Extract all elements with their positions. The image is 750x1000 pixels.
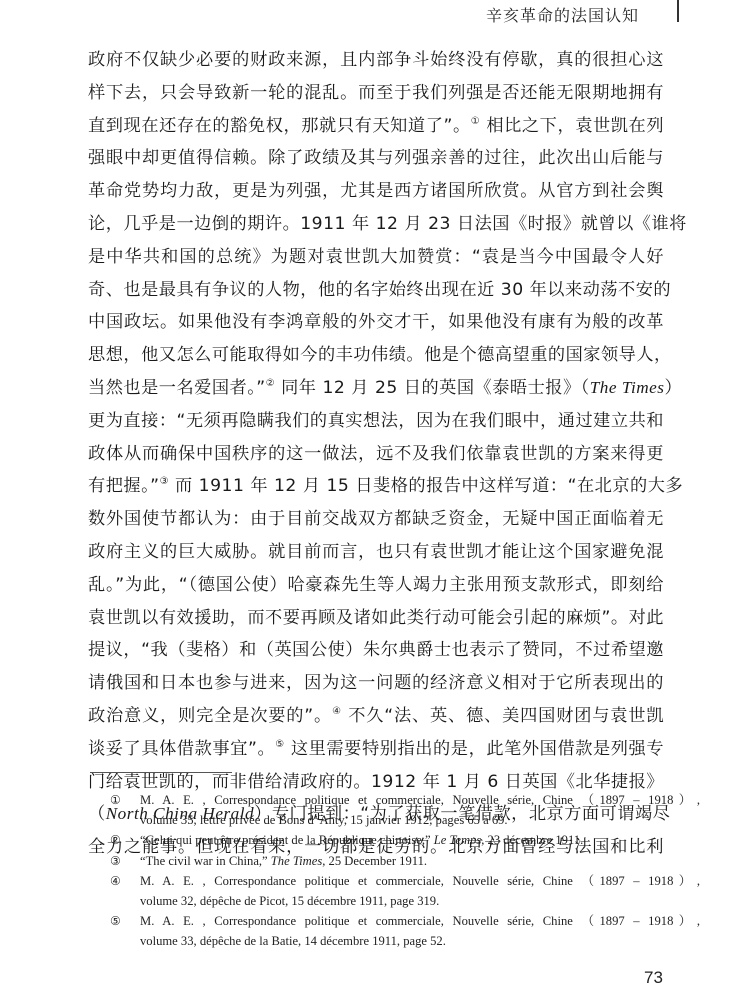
body-line: 是中华共和国的总统》为题对袁世凯大加赞赏：“袁是当今中国最令人好 <box>88 241 664 274</box>
footnote-3: ③ “The civil war in China,” The Times, 2… <box>110 851 700 871</box>
body-line: 奇、也是最具有争议的人物，他的名字始终出现在近 30 年以来动荡不安的 <box>88 274 664 307</box>
body-line: 革命党势均力敌，更是为列强，尤其是西方诸国所欣赏。从官方到社会舆 <box>88 175 664 208</box>
body-line: 袁世凯以有效援助，而不要再顾及诸如此类行动可能会引起的麻烦”。对此 <box>88 602 664 635</box>
footnote-2: ② “Celui qui peut être président de la R… <box>110 830 700 850</box>
footnote-ref-3[interactable]: ③ <box>160 476 169 487</box>
body-text: 政府不仅缺少必要的财政来源，且内部争斗始终没有停歇，真的很担心这 样下去，只会导… <box>88 44 664 864</box>
footnote-divider <box>90 772 232 773</box>
body-line: 数外国使节都认为：由于目前交战双方都缺乏资金，无疑中国正面临着无 <box>88 503 664 536</box>
footnote-marker: ② <box>110 830 121 850</box>
footnote-marker: ⑤ <box>110 911 121 931</box>
body-line: 提议，“我（斐格）和（英国公使）朱尔典爵士也表示了赞同，不过希望邀 <box>88 634 664 667</box>
footnote-marker: ③ <box>110 851 121 871</box>
body-line: 请俄国和日本也参与进来，因为这一问题的经济意义相对于它所表现出的 <box>88 667 664 700</box>
body-line: 更为直接：“无须再隐瞒我们的真实想法，因为在我们眼中，通过建立共和 <box>88 405 664 438</box>
footnote-marker: ④ <box>110 871 121 891</box>
body-line: 样下去，只会导致新一轮的混乱。而至于我们列强是否还能无限期地拥有 <box>88 77 664 110</box>
footnote-4: ④ M. A. E. , Correspondance politique et… <box>110 871 700 911</box>
footnote-marker: ① <box>110 790 121 810</box>
the-times-title: The Times <box>590 378 665 397</box>
body-line: 乱。”为此，“（德国公使）哈豪森先生等人竭力主张用预支款形式，即刻给 <box>88 569 664 602</box>
running-title: 辛亥革命的法国认知 <box>486 4 666 28</box>
footnote-ref-5[interactable]: ⑤ <box>275 739 285 750</box>
footnote-1: ① M. A. E. , Correspondance politique et… <box>110 790 700 830</box>
body-line: 政府主义的巨大威胁。就目前而言，也只有袁世凯才能让这个国家避免混 <box>88 536 664 569</box>
body-line: 当然也是一名爱国者。”② 同年 12 月 25 日的英国《泰晤士报》（The T… <box>88 372 664 405</box>
body-line: 中国政坛。如果他没有李鸿章般的外交才干，如果他没有康有为般的改革 <box>88 306 664 339</box>
body-line: 直到现在还存在的豁免权，那就只有天知道了”。① 相比之下，袁世凯在列 <box>88 110 664 143</box>
footnote-5: ⑤ M. A. E. , Correspondance politique et… <box>110 911 700 951</box>
body-line: 思想，他又怎么可能取得如今的丰功伟绩。他是个德高望重的国家领导人， <box>88 339 664 372</box>
footnote-ref-2[interactable]: ② <box>266 378 275 389</box>
footnote-ref-4[interactable]: ④ <box>332 706 342 717</box>
body-line: 谈妥了具体借款事宜”。⑤ 这里需要特别指出的是，此笔外国借款是列强专 <box>88 733 664 766</box>
body-line: 论，几乎是一边倒的期许。1911 年 12 月 23 日法国《时报》就曾以《谁将 <box>88 208 664 241</box>
body-line: 有把握。”③ 而 1911 年 12 月 15 日斐格的报告中这样写道：“在北京… <box>88 470 664 503</box>
body-line: 政府不仅缺少必要的财政来源，且内部争斗始终没有停歇，真的很担心这 <box>88 44 664 77</box>
footnotes: ① M. A. E. , Correspondance politique et… <box>110 790 700 952</box>
le-temps-title: Le Temps <box>434 833 481 847</box>
body-line: 政治意义，则完全是次要的”。④ 不久“法、英、德、美四国财团与袁世凯 <box>88 700 664 733</box>
footnote-ref-1[interactable]: ① <box>471 116 481 127</box>
body-line: 政体从而确保中国秩序的这一做法，远不及我们依靠袁世凯的方案来得更 <box>88 438 664 471</box>
body-line: 强眼中却更值得信赖。除了政绩及其与列强亲善的过往，此次出山后能与 <box>88 142 664 175</box>
the-times-title: The Times <box>271 854 322 868</box>
page-number: 73 <box>644 968 663 988</box>
header-divider <box>677 0 679 22</box>
